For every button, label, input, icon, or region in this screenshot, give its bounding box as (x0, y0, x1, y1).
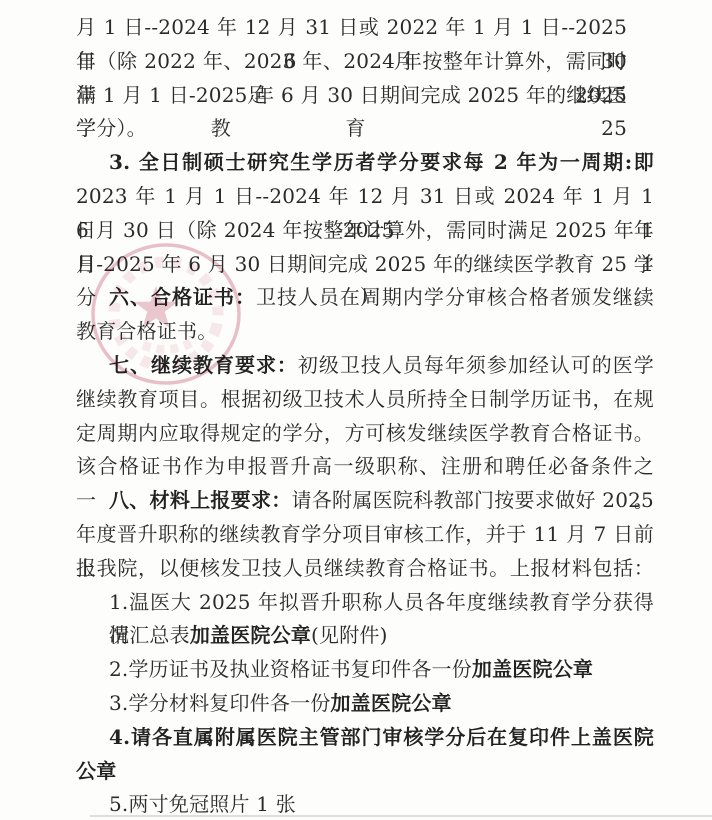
line-text: (见附件) (311, 623, 388, 647)
section-heading: 八、材料上报要求： (109, 488, 292, 512)
line-text-bold: 4.请各直属附属医院主管部门审核学分后在复印件上盖医院 (109, 725, 654, 749)
text-line: 七、继续教育要求：初级卫技人员每年须参加经认可的医学 (76, 349, 654, 383)
line-text: 定周期内应取得规定的学分，方可核发继续医学教育合格证书。 (76, 421, 654, 445)
document-text: 月 1 日--2024 年 12 月 31 日或 2022 年 1 月 1 日-… (76, 11, 654, 820)
scan-edge-artifact (90, 815, 712, 817)
text-line: 2.学历证书及执业资格证书复印件各一份加盖医院公章 (76, 653, 654, 687)
text-line: 年 1 月 1 日-2025 年 6 月 30 日期间完成 2025 年的继续医… (76, 79, 654, 113)
text-line: 教育合格证书。 (76, 315, 654, 349)
line-text-bold: 公章 (76, 759, 116, 783)
section-heading: 六、合格证书： (109, 285, 256, 309)
text-line: 月 1 日--2024 年 12 月 31 日或 2022 年 1 月 1 日-… (76, 11, 654, 45)
line-text: 教育合格证书。 (76, 319, 217, 343)
line-text: 继续教育项目。根据初级卫技术人员所持全日制学历证书，在规 (76, 387, 654, 411)
text-line: 6 月 30 日（除 2024 年按整年计算外，需同时满足 2025 年 1 月… (76, 214, 654, 248)
document-page: 月 1 日--2024 年 12 月 31 日或 2022 年 1 月 1 日-… (0, 0, 712, 820)
text-line: 2023 年 1 月 1 日--2024 年 12 月 31 日或 2024 年… (76, 180, 654, 214)
section-heading: 七、继续教育要求： (109, 353, 298, 377)
line-text-bold: 加盖医院公章 (330, 691, 451, 715)
line-text-bold: 3. 全日制硕士研究生学历者学分要求每 2 年为一周期:即 (109, 150, 654, 174)
line-text: 2.学历证书及执业资格证书复印件各一份 (109, 657, 472, 681)
line-text: 卫技人员在周期内学分审核合格者颁发继续 (256, 285, 654, 309)
line-text-bold: 加盖医院公章 (472, 657, 593, 681)
line-text: 请各附属医院科教部门按要求做好 2025 (292, 488, 655, 512)
line-text: 年 1 月 1 日-2025 年 6 月 30 日期间完成 2025 年的继续医… (76, 83, 627, 141)
line-text: 报我院，以便核发卫技人员继续教育合格证书。上报材料包括： (76, 556, 654, 580)
text-line: 公章 (76, 755, 654, 789)
text-line: 日（除 2022 年、2023 年、2024 年按整年计算外，需同时满足 202… (76, 45, 654, 79)
line-text: 初级卫技人员每年须参加经认可的医学 (298, 353, 654, 377)
text-line: 1.温医大 2025 年拟晋升职称人员各年度继续教育学分获得情 (76, 586, 654, 620)
text-line: 继续教育项目。根据初级卫技术人员所持全日制学历证书，在规 (76, 383, 654, 417)
text-line: 该合格证书作为申报晋升高一级职称、注册和聘任必备条件之一。 (76, 450, 654, 484)
text-line: 3. 全日制硕士研究生学历者学分要求每 2 年为一周期:即 (76, 146, 654, 180)
text-line: 八、材料上报要求：请各附属医院科教部门按要求做好 2025 (76, 484, 654, 518)
line-text-bold: 加盖医院公章 (190, 623, 311, 647)
text-line: 况汇总表加盖医院公章(见附件) (76, 619, 654, 653)
text-line: 定周期内应取得规定的学分，方可核发继续医学教育合格证书。 (76, 417, 654, 451)
line-text: 5.两寸免冠照片 1 张 (109, 792, 296, 816)
text-line: 3.学分材料复印件各一份加盖医院公章 (76, 687, 654, 721)
line-text: 况汇总表 (109, 623, 190, 647)
line-text: 学分）。 (76, 116, 147, 140)
text-line: 年度晋升职称的继续教育学分项目审核工作，并于 11 月 7 日前上 (76, 518, 654, 552)
text-line: 日-2025 年 6 月 30 日期间完成 2025 年的继续医学教育 25 学… (76, 248, 654, 282)
line-text: 3.学分材料复印件各一份 (109, 691, 330, 715)
text-line: 4.请各直属附属医院主管部门审核学分后在复印件上盖医院 (76, 721, 654, 755)
text-line: 报我院，以便核发卫技人员继续教育合格证书。上报材料包括： (76, 552, 654, 586)
text-line: 六、合格证书：卫技人员在周期内学分审核合格者颁发继续 (76, 281, 654, 315)
